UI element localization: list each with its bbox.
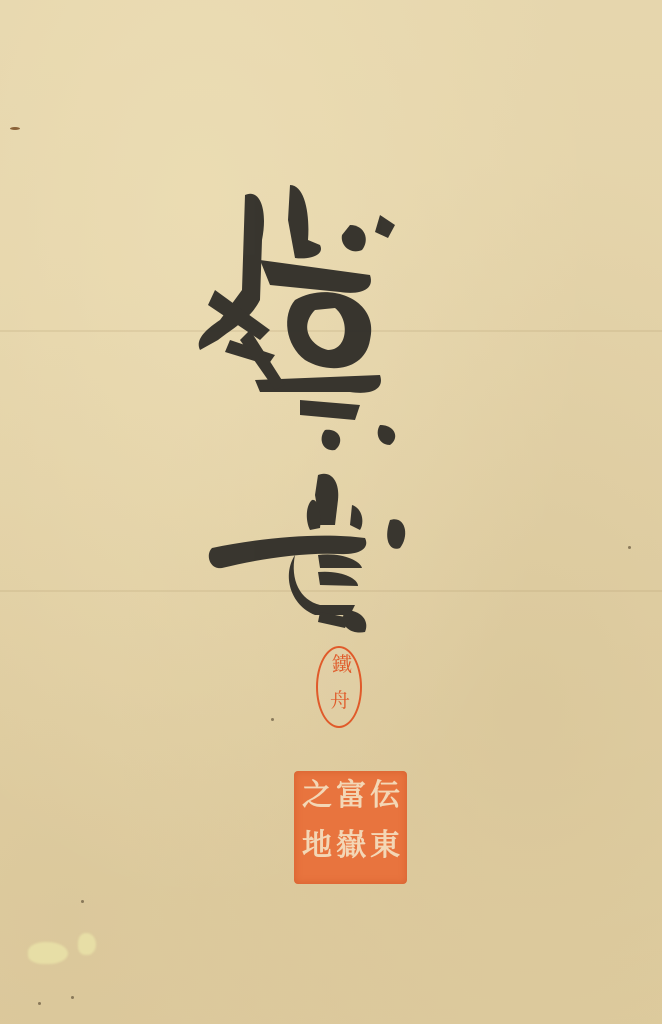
- square-seal-char: 富: [336, 781, 366, 811]
- square-seal-char: 東: [370, 831, 400, 861]
- oval-seal: 鐵 舟: [316, 646, 362, 728]
- scroll-paper: 鐵 舟 伝 東 富 嶽 之 地: [0, 0, 662, 1024]
- oval-seal-char: 鐵: [332, 654, 352, 674]
- paper-speck: [628, 546, 631, 549]
- paper-stain: [28, 942, 68, 964]
- paper-speck: [271, 718, 274, 721]
- paper-speck: [81, 900, 84, 903]
- calligraphy-characters-2-3: [200, 460, 420, 640]
- oval-seal-char: 舟: [330, 690, 350, 710]
- square-seal-char: 伝: [370, 781, 400, 811]
- square-seal-char: 嶽: [336, 831, 366, 861]
- square-seal: 伝 東 富 嶽 之 地: [294, 771, 407, 884]
- paper-speck: [71, 996, 74, 999]
- square-seal-char: 地: [302, 831, 332, 861]
- paper-stain: [78, 933, 96, 955]
- calligraphy-character-1: [190, 180, 430, 460]
- paper-mark: [10, 127, 20, 130]
- square-seal-char: 之: [302, 781, 332, 811]
- paper-speck: [38, 1002, 41, 1005]
